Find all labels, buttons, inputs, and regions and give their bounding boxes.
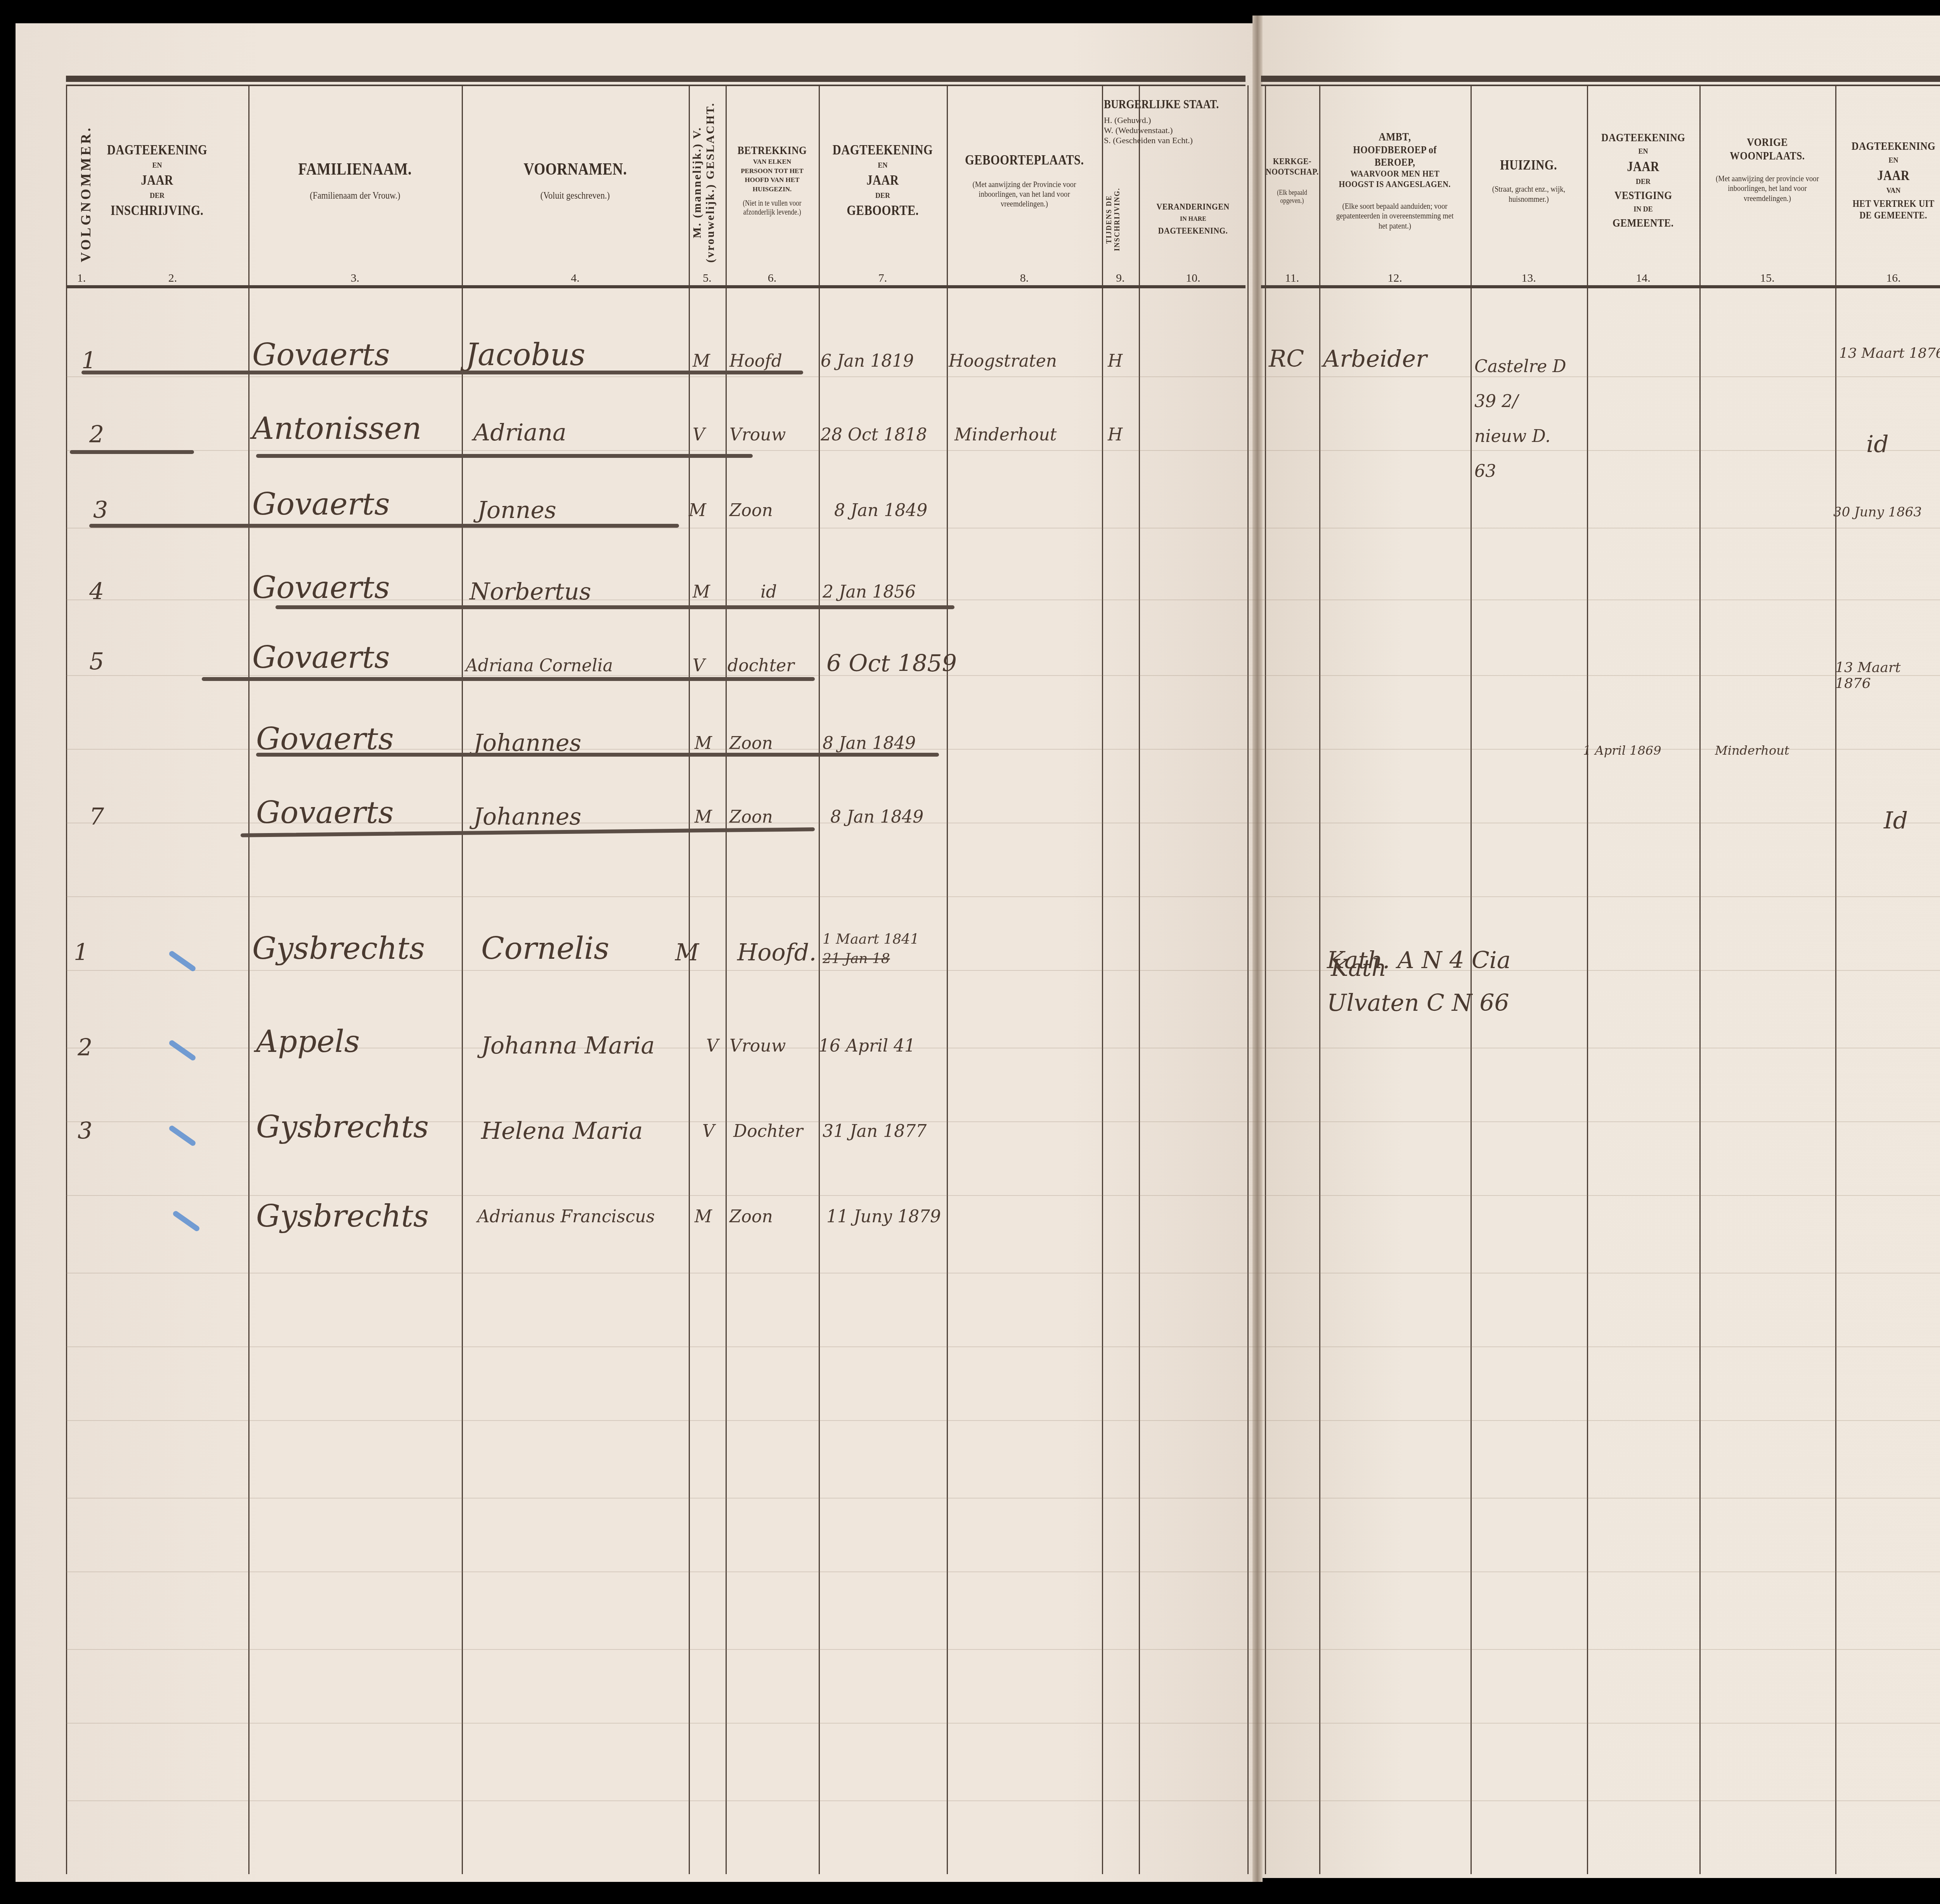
header-line: IN HARE — [1180, 216, 1206, 223]
entry-betrekking: Hoofd. — [737, 939, 816, 966]
entry-vertrek-datum: 30 Juny 1863 — [1833, 504, 1922, 520]
legend-item: S. (Gescheiden van Echt.) — [1104, 135, 1251, 146]
entry-voornamen: Johanna Maria — [481, 1032, 655, 1059]
entry-vertrek-datum: Id — [1884, 807, 1908, 834]
entry-huizing: Kath. A N 4 Cia Ulvaten C N 66 — [1327, 939, 1544, 1024]
row-line — [66, 1571, 1940, 1572]
header-note: (Elk bepaald opgeven.) — [1271, 189, 1313, 204]
entry-geboorteplaats: Hoogstraten — [949, 351, 1057, 371]
row-line — [66, 1723, 1940, 1724]
entry-geslacht: V — [693, 656, 705, 676]
header-line: DAGTEEKENING. — [1158, 226, 1228, 237]
entry-geslacht: M — [693, 582, 710, 602]
entry-voornamen: Johannes — [473, 803, 581, 830]
entry-volgnr: 1 — [74, 939, 88, 966]
header-note: (Met aanwijzing der provincie voor inboo… — [1711, 173, 1823, 203]
entry-geboorte: 31 Jan 1877 — [823, 1121, 927, 1141]
entry-kerk: RC — [1269, 345, 1304, 372]
entry-familienaam: Gysbrechts — [256, 1199, 429, 1234]
col-number: 2. — [97, 272, 248, 285]
entry-vestiging: 1 April 1869 — [1583, 743, 1661, 758]
entry-geboorte: 28 Oct 1818 — [821, 425, 927, 445]
entry-voornamen: Adriana Cornelia — [466, 656, 613, 676]
entry-familienaam: Gysbrechts — [252, 931, 425, 966]
header-line: IN DE — [1633, 205, 1653, 213]
header-title: DAGTEEKENING — [107, 142, 207, 158]
entry-voornamen: Adrianus Franciscus — [477, 1207, 655, 1227]
header-title: DAGTEEKENING — [1601, 131, 1685, 145]
header-line: VAN ELKEN — [753, 158, 791, 166]
entry-voornamen: Jacobus — [466, 338, 585, 372]
header-title: BURGERLIJKE STAAT. — [1104, 97, 1229, 111]
entry-vertrek-datum: 13 Maart 1876 — [1835, 660, 1913, 691]
entry-familienaam: Govaerts — [252, 487, 390, 522]
entry-geboorteplaats: Minderhout — [954, 425, 1057, 445]
entry-betrekking: dochter — [727, 656, 794, 676]
header-line: VAN — [1886, 187, 1901, 195]
entry-familienaam: Govaerts — [252, 338, 390, 372]
row-line — [66, 1649, 1940, 1650]
col-line — [947, 85, 948, 1874]
entry-volgnr: 3 — [78, 1117, 92, 1145]
header-dagteekening-inschrijving: DAGTEEKENING EN JAAR DER INSCHRIJVING. — [66, 89, 248, 272]
row-line — [66, 528, 1940, 528]
strikethrough — [89, 524, 679, 528]
header-title: DAGTEEKENING — [833, 142, 933, 158]
entry-staat: H — [1108, 425, 1122, 445]
strikethrough — [275, 605, 954, 609]
col-number: 6. — [726, 272, 819, 285]
entry-vertrek-datum: 13 Maart 1876 — [1839, 345, 1940, 361]
entry-betrekking: id — [760, 582, 777, 602]
col-line — [819, 85, 820, 1874]
entry-geslacht: M — [695, 733, 712, 753]
header-line: HOOFD VAN HET — [745, 176, 799, 184]
col-line — [1587, 85, 1588, 1874]
col-number: 5. — [689, 272, 726, 285]
entry-geslacht: V — [706, 1036, 719, 1056]
col-line — [462, 85, 463, 1874]
header-line: EN — [1888, 156, 1898, 165]
col-line — [1319, 85, 1320, 1874]
entry-volgnr: 2 — [78, 1034, 92, 1061]
header-line: HOOGST IS AANGESLAGEN. — [1339, 179, 1451, 190]
col-line — [1835, 85, 1836, 1874]
entry-geslacht: M — [675, 939, 699, 966]
entry-geboorte: 8 Jan 1849 — [834, 501, 927, 520]
header-baseline-left — [66, 285, 1245, 288]
header-line: EN — [1638, 147, 1648, 156]
entry-voornamen: Helena Maria — [481, 1117, 643, 1145]
header-burgerlijke-staat: BURGERLIJKE STAAT. H. (Gehuwd.) W. (Wedu… — [1104, 97, 1251, 146]
header-dagteekening-vestiging: DAGTEEKENING EN JAAR DER VESTIGING IN DE… — [1587, 89, 1699, 272]
header-huizing: HUIZING. (Straat, gracht enz., wijk, hui… — [1471, 89, 1587, 272]
entry-geboorte: 11 Juny 1879 — [826, 1207, 941, 1227]
entry-geboorte: 8 Jan 1849 — [830, 807, 923, 827]
entry-geslacht: M — [695, 807, 712, 827]
header-line: HET VERTREK UIT — [1852, 198, 1934, 210]
entry-betrekking: Zoon — [729, 501, 773, 520]
header-title: BETREKKING — [738, 144, 807, 158]
entry-vorige-woonplaats: Minderhout — [1715, 743, 1789, 758]
entry-volgnr: 7 — [89, 803, 104, 830]
header-line: DE GEMEENTE. — [1860, 210, 1928, 221]
header-title: VOORNAMEN. — [523, 159, 627, 179]
header-line: GEBOORTE. — [847, 203, 919, 218]
header-line: JAAR — [1877, 168, 1909, 184]
entry-betrekking: Vrouw — [729, 425, 786, 445]
strikethrough — [256, 454, 753, 458]
header-dagteekening-geboorte: DAGTEEKENING EN JAAR DER GEBOORTE. — [819, 89, 947, 272]
header-line: INSCHRIJVING. — [111, 203, 203, 218]
header-line: PERSOON TOT HET — [741, 167, 804, 175]
row-line — [66, 896, 1940, 897]
entry-betrekking: Hoofd — [729, 351, 782, 371]
entry-voornamen: Jonnes — [477, 497, 556, 524]
col-number: 4. — [462, 272, 689, 285]
entry-geboorte: 16 April 41 — [819, 1036, 915, 1056]
entry-geboorte: 2 Jan 1856 — [823, 582, 916, 602]
row-line — [66, 1800, 1940, 1801]
entry-geslacht: M — [695, 1207, 712, 1227]
header-title: VORIGE WOONPLAATS. — [1711, 136, 1823, 163]
col-number: 8. — [947, 272, 1102, 285]
header-title: VERANDERINGEN — [1157, 202, 1230, 213]
strikethrough — [70, 450, 194, 454]
header-note: (Met aanwijzing der Provincie voor inboo… — [960, 179, 1088, 209]
header-voornamen: VOORNAMEN. (Voluit geschreven.) — [462, 89, 689, 272]
header-familienaam: FAMILIENAAM. (Familienaam der Vrouw.) — [248, 89, 462, 272]
entry-volgnr: 5 — [89, 648, 104, 675]
top-rule-right-thin — [1261, 85, 1940, 86]
header-dagteekening-vertrek: DAGTEEKENING EN JAAR VAN HET VERTREK UIT… — [1835, 89, 1940, 272]
entry-voornamen: Norbertus — [469, 578, 591, 605]
col-number: 1. — [66, 272, 97, 285]
col-number: 12. — [1319, 272, 1471, 285]
header-vorige-woonplaats: VORIGE WOONPLAATS. (Met aanwijzing der p… — [1699, 89, 1835, 272]
entry-voornamen: Adriana — [473, 419, 566, 446]
col-line — [1247, 85, 1249, 1874]
header-geboorteplaats: GEBOORTEPLAATS. (Met aanwijzing der Prov… — [947, 89, 1102, 272]
col-number: 13. — [1471, 272, 1587, 285]
header-note: (Straat, gracht enz., wijk, huisnommer.) — [1481, 184, 1576, 204]
row-line — [66, 1420, 1940, 1421]
entry-familienaam: Appels — [256, 1024, 360, 1059]
header-line: EN — [878, 161, 887, 170]
header-title: FAMILIENAAM. — [298, 159, 412, 179]
entry-vertrek-datum: id — [1866, 431, 1889, 458]
col-number: 11. — [1265, 272, 1319, 285]
header-title: HUIZING. — [1500, 157, 1557, 173]
header-note: (Niet in te vullen voor afzonderlijk lev… — [734, 199, 810, 217]
header-title: DAGTEEKENING — [1852, 140, 1935, 153]
col-line — [689, 85, 690, 1874]
entry-familienaam: Govaerts — [256, 795, 394, 830]
header-baseline-right — [1261, 285, 1940, 288]
col-line — [1102, 85, 1103, 1874]
row-line — [66, 1195, 1940, 1196]
col-line — [726, 85, 727, 1874]
row-line — [66, 675, 1940, 676]
left-page — [16, 23, 1257, 1882]
entry-staat: H — [1108, 351, 1122, 371]
header-title: KERKGE-NOOTSCHAP. — [1266, 156, 1319, 178]
entry-betrekking: Zoon — [729, 807, 773, 827]
col-number: 10. — [1139, 272, 1247, 285]
header-note: (Voluit geschreven.) — [540, 190, 610, 201]
col-number: 7. — [819, 272, 947, 285]
entry-voornamen: Cornelis — [481, 931, 609, 966]
header-title: GESLACHT. — [704, 102, 717, 179]
header-line: JAAR — [141, 172, 173, 188]
header-line: DER — [875, 192, 890, 200]
header-line: DER — [150, 192, 165, 200]
entry-geboorte: 6 Jan 1819 — [821, 351, 914, 371]
col-line — [1699, 85, 1701, 1874]
header-line: VESTIGING — [1614, 189, 1672, 203]
entry-familienaam: Govaerts — [252, 570, 390, 605]
row-line — [66, 1273, 1940, 1273]
header-line: HUISGEZIN. — [753, 185, 792, 193]
entry-betrekking: Zoon — [729, 1207, 773, 1227]
col-line — [248, 85, 249, 1874]
header-betrekking: BETREKKING VAN ELKEN PERSOON TOT HET HOO… — [726, 89, 819, 272]
entry-betrekking: Zoon — [729, 733, 773, 753]
top-rule-right — [1261, 76, 1940, 82]
legend-item: H. (Gehuwd.) — [1104, 115, 1251, 125]
header-sub: M. (mannelijk.) — [691, 143, 703, 238]
top-rule-left-thin — [66, 85, 1245, 86]
entry-familienaam: Govaerts — [252, 640, 390, 675]
col-line — [1265, 85, 1266, 1874]
entry-beroep: Arbeider — [1323, 345, 1427, 372]
header-veranderingen: VERANDERINGEN IN HARE DAGTEEKENING. — [1139, 167, 1247, 272]
entry-geboorte: 6 Oct 1859 — [826, 650, 957, 677]
col-number: 15. — [1699, 272, 1835, 285]
entry-betrekking: Dochter — [733, 1121, 803, 1141]
header-line: JAAR — [866, 172, 899, 188]
entry-volgnr: 2 — [89, 421, 104, 448]
header-line: WAARVOOR MEN HET — [1350, 169, 1439, 180]
col-number: 16. — [1835, 272, 1940, 285]
entry-geboorte-struck: 21 Jan 18 — [823, 951, 890, 967]
header-kerkgenootschap: KERKGE-NOOTSCHAP. (Elk bepaald opgeven.) — [1265, 89, 1319, 272]
strikethrough — [81, 371, 803, 374]
entry-volgnr: 4 — [89, 578, 104, 605]
row-line — [66, 376, 1940, 377]
col-line — [66, 85, 67, 1874]
header-line: HOOFDBEROEP of BEROEP, — [1332, 144, 1457, 169]
strikethrough — [256, 753, 939, 757]
header-note: (Elke soort bepaald aanduiden; voor gepa… — [1332, 201, 1457, 230]
entry-geslacht: V — [702, 1121, 715, 1141]
header-tijdens-inschrijving: TIJDENS DE INSCHRIJVING. — [1105, 171, 1121, 268]
header-ambt: AMBT, HOOFDBEROEP of BEROEP, WAARVOOR ME… — [1319, 89, 1471, 272]
top-rule-left — [66, 76, 1245, 82]
row-line — [66, 970, 1940, 971]
legend-item: W. (Weduwenstaat.) — [1104, 125, 1251, 135]
col-number: 9. — [1102, 272, 1139, 285]
col-number: 14. — [1587, 272, 1699, 285]
entry-geboorte: 8 Jan 1849 — [823, 733, 916, 753]
entry-geslacht: M — [689, 501, 706, 520]
header-line: JAAR — [1627, 159, 1659, 175]
entry-familienaam: Antonissen — [252, 411, 422, 446]
entry-familienaam: Gysbrechts — [256, 1110, 429, 1145]
row-line — [66, 450, 1940, 451]
entry-geslacht: M — [693, 351, 710, 371]
header-geslacht: M. (mannelijk.) V. (vrouwelijk.) GESLACH… — [691, 93, 717, 272]
book-gutter — [1252, 16, 1263, 1882]
entry-geslacht: V — [693, 425, 705, 445]
entry-betrekking: Vrouw — [729, 1036, 786, 1056]
header-line: GEMEENTE. — [1613, 217, 1674, 230]
header-title: AMBT, — [1379, 130, 1411, 144]
entry-geboorte: 1 Maart 1841 — [823, 931, 919, 947]
strikethrough — [202, 677, 815, 681]
row-line — [66, 1498, 1940, 1499]
entry-familienaam: Govaerts — [256, 722, 394, 757]
entry-huizing: Castelre D 39 2/ nieuw D. 63 — [1474, 349, 1571, 489]
header-title: GEBOORTEPLAATS. — [965, 152, 1084, 168]
header-note: (Familienaam der Vrouw.) — [310, 190, 400, 201]
row-line — [66, 1346, 1940, 1347]
col-number: 3. — [248, 272, 462, 285]
entry-volgnr: 3 — [93, 497, 108, 524]
header-line: EN — [152, 161, 162, 170]
header-line: DER — [1636, 178, 1651, 186]
col-line — [1139, 85, 1140, 1874]
